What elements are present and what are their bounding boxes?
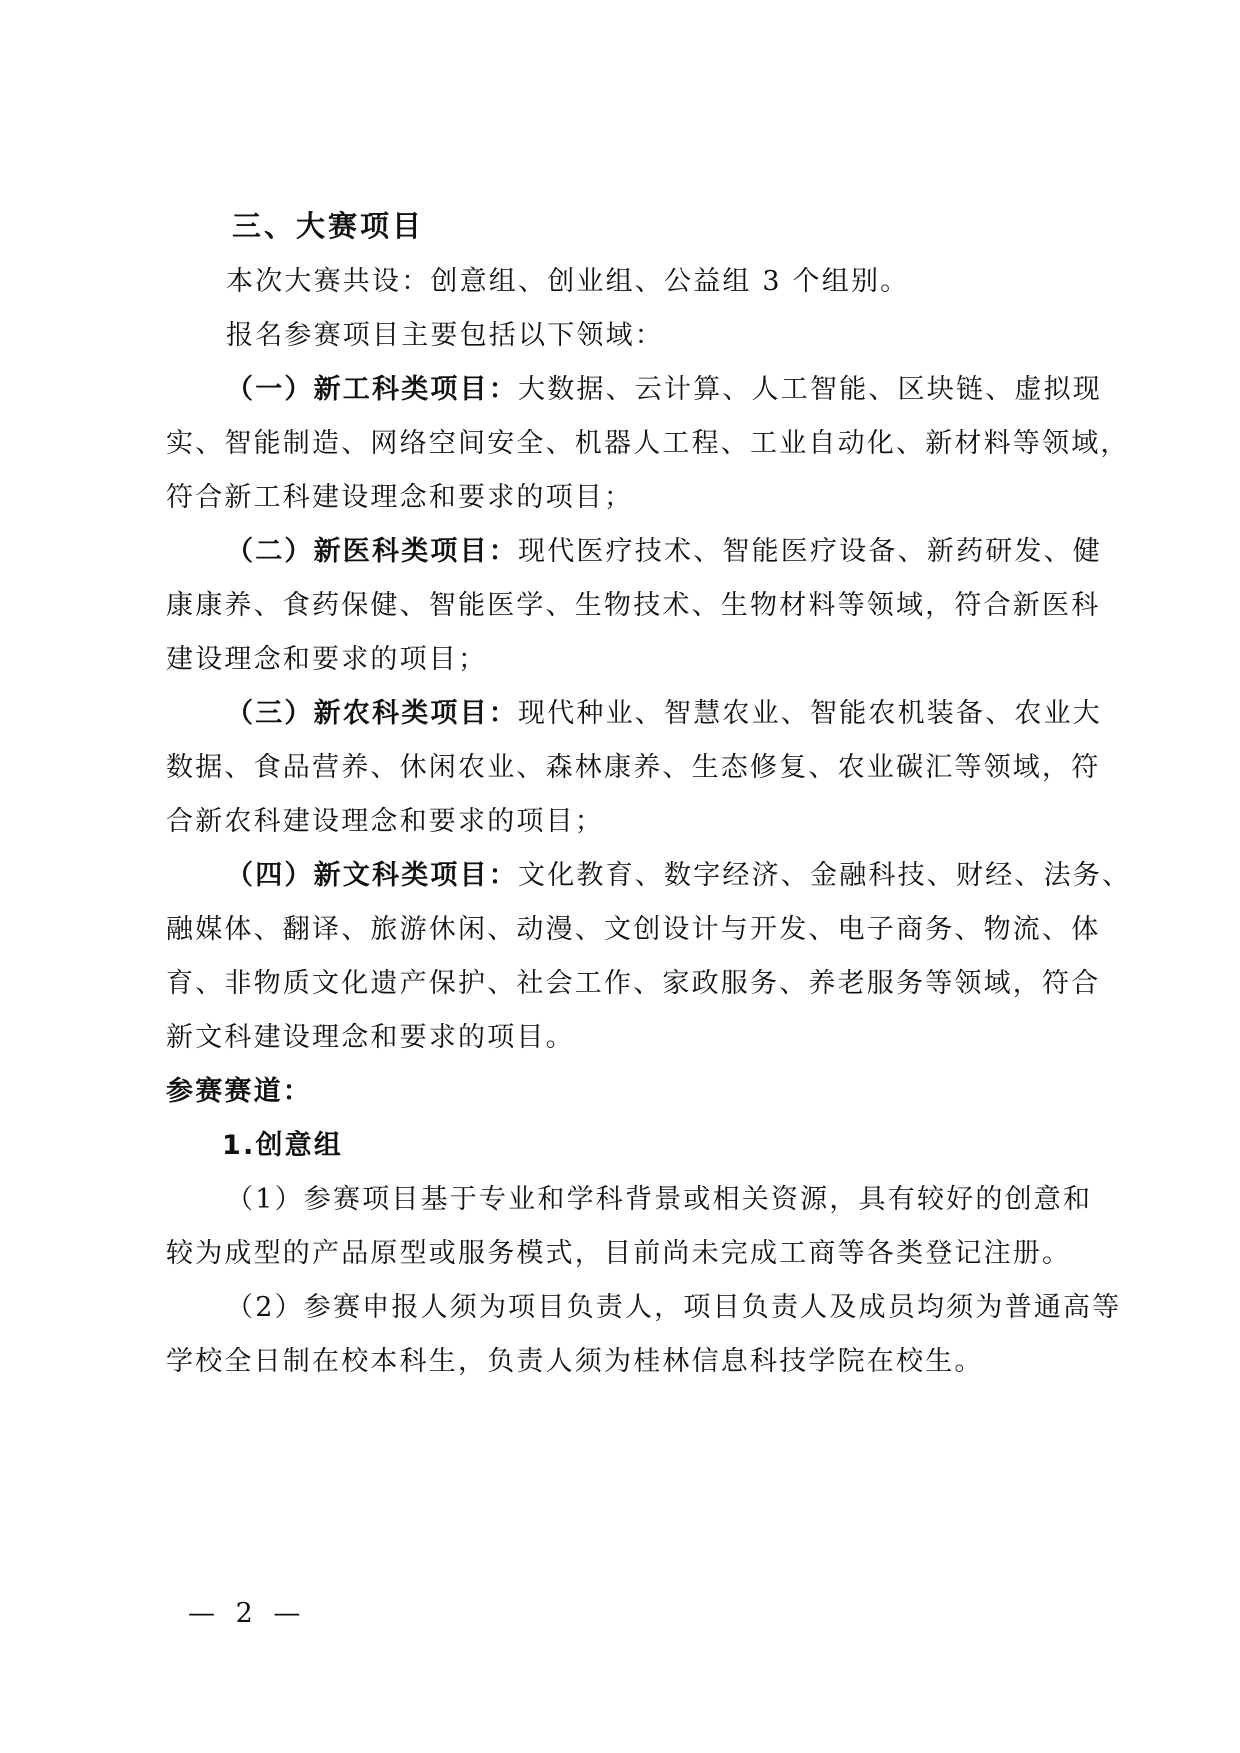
track-1-title: 1.创意组 <box>222 1128 1132 1164</box>
category-2-first-line: （二）新医科类项目：现代医疗技术、智能医疗设备、新药研发、健 <box>226 534 1136 570</box>
category-1-first-line: （一）新工科类项目：大数据、云计算、人工智能、区块链、虚拟现 <box>226 372 1136 408</box>
category-1-line-3: 符合新工科建设理念和要求的项目； <box>166 480 1076 516</box>
document-page: 三、大赛项目 本次大赛共设：创意组、创业组、公益组 3 个组别。 报名参赛项目主… <box>0 0 1240 1753</box>
category-2-line-3: 建设理念和要求的项目； <box>166 642 1076 678</box>
track-1-item-2-line-2: 学校全日制在校本科生，负责人须为桂林信息科技学院在校生。 <box>166 1344 1076 1380</box>
category-4-line-3: 育、非物质文化遗产保护、社会工作、家政服务、养老服务等领域，符合 <box>166 966 1076 1002</box>
section-heading: 三、大赛项目 <box>232 208 1142 244</box>
category-4-line-2: 融媒体、翻译、旅游休闲、动漫、文创设计与开发、电子商务、物流、体 <box>166 912 1076 948</box>
category-3-first-line: （三）新农科类项目：现代种业、智慧农业、智能农机装备、农业大 <box>226 696 1136 732</box>
category-3-line-2: 数据、食品营养、休闲农业、森林康养、生态修复、农业碳汇等领域，符 <box>166 750 1076 786</box>
category-2-label: （二）新医科类项目： <box>226 536 518 567</box>
intro-paragraph-1: 本次大赛共设：创意组、创业组、公益组 3 个组别。 <box>226 264 1136 300</box>
track-1-item-2-line-1: （2）参赛申报人须为项目负责人，项目负责人及成员均须为普通高等 <box>226 1290 1136 1326</box>
category-4-first-line: （四）新文科类项目：文化教育、数字经济、金融科技、财经、法务、 <box>226 858 1136 894</box>
track-1-item-1-line-1: （1）参赛项目基于专业和学科背景或相关资源，具有较好的创意和 <box>226 1182 1136 1218</box>
category-4-label: （四）新文科类项目： <box>226 860 518 891</box>
category-2-text: 现代医疗技术、智能医疗设备、新药研发、健 <box>518 536 1102 567</box>
category-4-line-4: 新文科建设理念和要求的项目。 <box>166 1020 1076 1056</box>
tracks-heading: 参赛赛道： <box>166 1074 1076 1110</box>
category-1-line-2: 实、智能制造、网络空间安全、机器人工程、工业自动化、新材料等领域， <box>166 426 1076 462</box>
category-1-label: （一）新工科类项目： <box>226 374 518 405</box>
category-4-text: 文化教育、数字经济、金融科技、财经、法务、 <box>518 860 1131 891</box>
category-1-text: 大数据、云计算、人工智能、区块链、虚拟现 <box>518 374 1102 405</box>
category-3-label: （三）新农科类项目： <box>226 698 518 729</box>
track-1-item-1-line-2: 较为成型的产品原型或服务模式，目前尚未完成工商等各类登记注册。 <box>166 1236 1076 1272</box>
intro-paragraph-2: 报名参赛项目主要包括以下领域： <box>226 318 1136 354</box>
category-3-text: 现代种业、智慧农业、智能农机装备、农业大 <box>518 698 1102 729</box>
page-number: — 2 — <box>188 1598 306 1629</box>
category-2-line-2: 康康养、食药保健、智能医学、生物技术、生物材料等领域，符合新医科 <box>166 588 1076 624</box>
category-3-line-3: 合新农科建设理念和要求的项目； <box>166 804 1076 840</box>
